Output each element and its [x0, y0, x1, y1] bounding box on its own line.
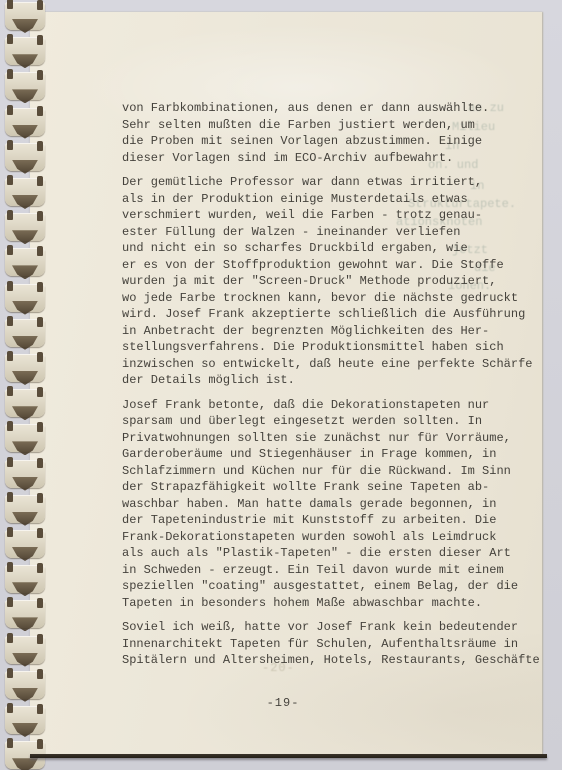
text-line: Soviel ich weiß, hatte vor Josef Frank k… [122, 619, 542, 636]
scanned-document-scene: -20- as zuMilieuinon. undinStrukturtapet… [0, 0, 562, 770]
binding-clip [5, 284, 45, 312]
text-line: inzwischen so entwickelt, daß heute eine… [122, 356, 542, 373]
text-line: Der gemütliche Professor war dann etwas … [122, 174, 542, 191]
text-line: verschmiert wurden, weil die Farben - tr… [122, 207, 542, 224]
binding-clip [5, 565, 45, 593]
text-line: Frank-Dekorationstapeten wurden sowohl a… [122, 529, 542, 546]
text-line: als in der Produktion einige Musterdetai… [122, 191, 542, 208]
binding-clip [5, 530, 45, 558]
text-line: Josef Frank betonte, daß die Dekorations… [122, 397, 542, 414]
binding-clip [5, 706, 45, 734]
text-line: Sehr selten mußten die Farben justiert w… [122, 117, 542, 134]
paragraph: Josef Frank betonte, daß die Dekorations… [122, 397, 542, 612]
binding-clip [5, 108, 45, 136]
binding-clip [5, 424, 45, 452]
binding-clip [5, 178, 45, 206]
text-line: von Farbkombinationen, aus denen er dann… [122, 100, 542, 117]
text-line: als auch als "Plastik-Tapeten" - die ers… [122, 545, 542, 562]
binding-clip [5, 319, 45, 347]
text-line: dieser Vorlagen sind im ECO-Archiv aufbe… [122, 150, 542, 167]
text-line: er es von der Stoffproduktion gewohnt wa… [122, 257, 542, 274]
binding-clip [5, 2, 45, 30]
binding-clip [5, 671, 45, 699]
text-line: sparsam und überlegt eingesetzt werden s… [122, 413, 542, 430]
binding-clip [5, 460, 45, 488]
text-line: der Details möglich ist. [122, 372, 542, 389]
text-line: der Tapetenindustrie mit Kunststoff zu a… [122, 512, 542, 529]
text-line: stellungsverfahrens. Die Produktionsmitt… [122, 339, 542, 356]
text-line: in Anbetracht der begrenzten Möglichkeit… [122, 323, 542, 340]
text-line: Innenarchitekt Tapeten für Schulen, Aufe… [122, 636, 542, 653]
text-line: wurden ja mit der "Screen-Druck" Methode… [122, 273, 542, 290]
typewritten-text-block: von Farbkombinationen, aus denen er dann… [122, 100, 542, 677]
page-number: -19- [267, 696, 300, 710]
text-line: Garderoberäume und Stiegenhäuser in Frag… [122, 446, 542, 463]
text-line: speziellen "coating" ausgestattet, einem… [122, 578, 542, 595]
text-line: der Strapazfähigkeit wollte Frank seine … [122, 479, 542, 496]
binding-clip [5, 213, 45, 241]
binding-clip [5, 600, 45, 628]
text-line: und nicht ein so scharfes Druckbild erga… [122, 240, 542, 257]
binding-clip [5, 636, 45, 664]
binding-clip [5, 72, 45, 100]
binding-clip [5, 354, 45, 382]
binding-clip [5, 143, 45, 171]
binding-clip [5, 37, 45, 65]
text-line: ester Füllung der Walzen - ineinander ve… [122, 224, 542, 241]
binding-clip [5, 389, 45, 417]
binding-clip [5, 248, 45, 276]
page-stack-edge-shadow [30, 754, 547, 758]
text-line: Schlafzimmern und Küchen nur für die Rüc… [122, 463, 542, 480]
paragraph: von Farbkombinationen, aus denen er dann… [122, 100, 542, 166]
text-line: Spitälern und Altersheimen, Hotels, Rest… [122, 652, 542, 669]
paragraph: Der gemütliche Professor war dann etwas … [122, 174, 542, 389]
binding-clip [5, 495, 45, 523]
text-line: wird. Josef Frank akzeptierte schließlic… [122, 306, 542, 323]
document-page: -20- as zuMilieuinon. undinStrukturtapet… [30, 12, 542, 756]
text-line: waschbar haben. Man hatte damals gerade … [122, 496, 542, 513]
text-line: in Schweden - erzeugt. Ein Teil davon wu… [122, 562, 542, 579]
text-line: die Proben mit seinen Vorlagen abzustimm… [122, 133, 542, 150]
paragraph: Soviel ich weiß, hatte vor Josef Frank k… [122, 619, 542, 669]
comb-binding [0, 0, 60, 770]
text-line: Privatwohnungen sollten sie zunächst nur… [122, 430, 542, 447]
text-line: wo jede Farbe trocknen kann, bevor die n… [122, 290, 542, 307]
text-line: Tapeten in besonders hohem Maße abwaschb… [122, 595, 542, 612]
